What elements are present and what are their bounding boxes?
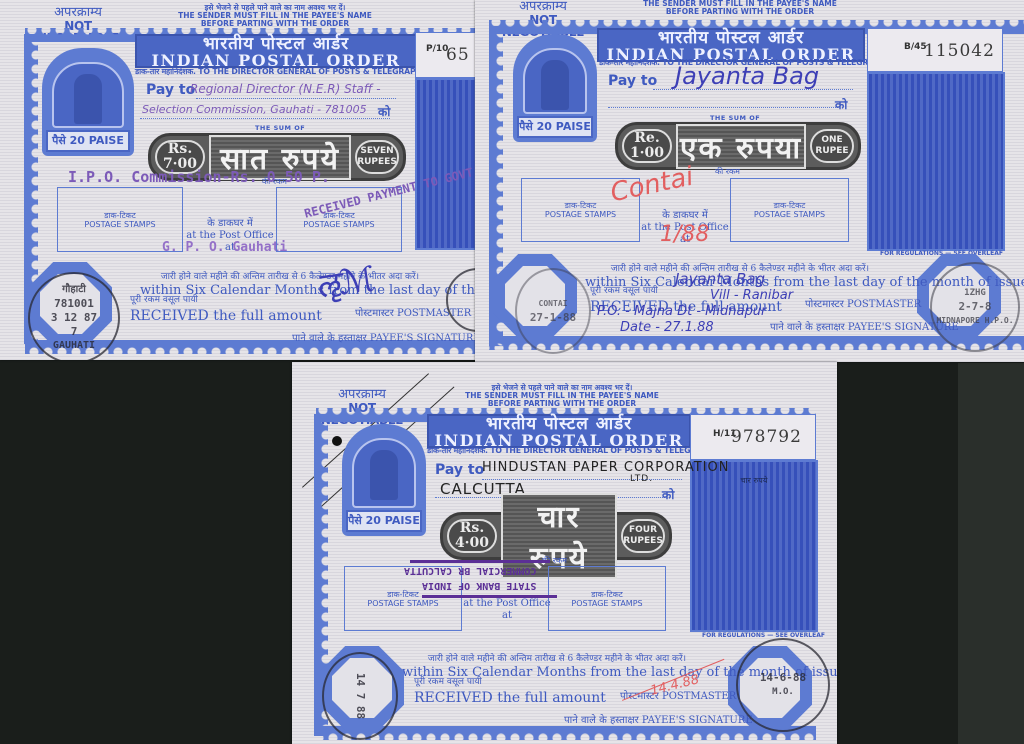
- lion-capital-icon: [370, 450, 398, 500]
- bank-stamp: STATE BANK OF INDIA: [422, 580, 536, 591]
- director-general-line: डाक-तार महानिदेशक. TO THE DIRECTOR GENER…: [135, 67, 430, 77]
- multilingual-panel-text: चार रुपये: [692, 474, 816, 487]
- payee-signature-label: पाने वाले के हस्ताक्षर PAYEE'S SIGNATURE: [292, 330, 475, 344]
- cancellation-postmark: गौहाटी 781001 3 12 87 7 GAUHATI: [28, 272, 120, 360]
- payee-handwriting: Regional Director (N.E.R) Staff -: [190, 82, 381, 96]
- post-office-stamp: G. P. O. Gauhati: [162, 240, 287, 255]
- stamp-value: पैसे 20 PAISE: [46, 130, 130, 152]
- amount: 4·00: [455, 535, 489, 551]
- signature: ॡℳ: [312, 254, 378, 308]
- receiver-address: Vill - Ranibar: [710, 288, 793, 303]
- serial-number: 978792: [731, 427, 802, 447]
- receiver-name: Jayanta Bag: [675, 270, 765, 288]
- security-panel: [415, 78, 475, 250]
- security-panel: [867, 72, 1005, 251]
- amount-words-english: SEVEN RUPEES: [355, 140, 399, 174]
- payee-signature-label: पाने वाले के हस्ताक्षर PAYEE'S SIGNATURE: [564, 712, 753, 726]
- serial-box: H/11 978792: [690, 414, 816, 460]
- security-panel: चार रुपये: [690, 460, 818, 632]
- cancellation-postmark: 14 7 88: [322, 652, 398, 740]
- payee-signature-label: पाने वाले के हस्ताक्षर PAYEE'S SIGNATURE: [770, 319, 959, 333]
- stamp-value: पैसे 20 PAISE: [517, 116, 593, 138]
- stamp-bar: [422, 595, 557, 598]
- denomination-band: Re.1·00 एक रुपया ONE RUPEE: [615, 122, 861, 170]
- cancellation-postmark: [446, 268, 475, 332]
- received-label: पूरी रकम वसूल पायी RECEIVED the full amo…: [414, 674, 606, 706]
- postage-stamps-box: डाक-टिकटPOSTAGE STAMPS: [730, 178, 849, 242]
- title-band: भारतीय पोस्टल आर्डर INDIAN POSTAL ORDER: [597, 28, 865, 62]
- title-band: भारतीय पोस्टल आर्डर INDIAN POSTAL ORDER: [427, 414, 691, 448]
- background-panel: [958, 363, 1024, 744]
- cancellation-postmark: CONTAI 27-1-88: [515, 268, 591, 354]
- serial-box: B/45 115042: [867, 28, 1003, 72]
- lion-capital-icon: [74, 74, 102, 124]
- payee-handwriting: HINDUSTAN PAPER CORPORATION: [482, 460, 729, 475]
- handwritten-date: 1/88: [660, 222, 709, 247]
- pay-to-label: Pay to: [435, 462, 484, 478]
- receiver-date: Date - 27.1.88: [620, 320, 714, 335]
- commission-stamp: I.P.O. Commission-Rs. 0 50 P.: [68, 168, 330, 186]
- serial-box: P/10 65: [415, 32, 475, 78]
- postal-order-one-rupee: अपरक्राम्य NOT NEGOTIABLE THE SENDER MUS…: [475, 0, 1024, 362]
- postage-stamps-box: डाक-टिकटPOSTAGE STAMPS: [548, 566, 666, 631]
- sender-instruction: THE SENDER MUST FILL IN THE PAYEE'S NAME…: [625, 0, 855, 16]
- sender-instruction: इसे भेजने से पहले पाने वाले का नाम अवश्य…: [160, 4, 390, 28]
- serial-number: 115042: [924, 41, 995, 61]
- denomination-band: Rs.4·00 चार रुपये FOUR RUPEES: [440, 512, 672, 560]
- postal-order-seven-rupees: अपरक्राम्य NOT NEGOTIABLE इसे भेजने से प…: [0, 0, 475, 360]
- stamp-bar: [410, 560, 550, 563]
- sender-instruction: इसे भेजने से पहले पाने वाले का नाम अवश्य…: [447, 384, 677, 408]
- cancellation-postmark: 1ZHG 2-7-8 MIDNAPORE H.P.O.: [930, 262, 1020, 352]
- title-band: भारतीय पोस्टल आर्डर INDIAN POSTAL ORDER: [135, 34, 417, 68]
- stamp-value: पैसे 20 PAISE: [346, 510, 422, 532]
- pay-to-label: Pay to: [608, 73, 657, 89]
- payee-handwriting: LTD.: [630, 474, 653, 484]
- postal-order-four-rupees: अपरक्राम्य NOT NEGOTIABLE इसे भेजने से प…: [292, 362, 837, 744]
- regulations-note: FOR REGULATIONS — SEE OVERLEAF: [702, 632, 825, 639]
- amount-words-hindi: एक रुपया: [676, 124, 806, 169]
- pay-to-label: Pay to: [146, 82, 195, 98]
- handwritten-office: Contai: [608, 162, 696, 209]
- receiver-address: P.O. - Majna Dt - Midnapur: [597, 304, 766, 319]
- border-scallop: [316, 726, 816, 740]
- received-label: पूरी रकम वसूल पायी RECEIVED the full amo…: [130, 292, 322, 324]
- bank-stamp: COMMERCIAL BR CALCUTTA: [404, 565, 536, 576]
- punch-hole: [332, 436, 342, 446]
- cancellation-postmark: 14-6-88 M.O.: [736, 638, 830, 732]
- amount: 1·00: [630, 145, 664, 161]
- amount-words-english: FOUR RUPEES: [621, 519, 665, 553]
- ashoka-emblem: पैसे 20 PAISE: [513, 34, 597, 142]
- director-general-line: डाक-तार महानिदेशक. TO THE DIRECTOR GENER…: [427, 446, 722, 456]
- amount-words-english: ONE RUPEE: [810, 129, 854, 163]
- lion-capital-icon: [541, 60, 569, 110]
- payee-handwriting: Jayanta Bag: [675, 62, 819, 90]
- payee-handwriting: Selection Commission, Gauhati - 781005: [142, 103, 367, 116]
- ashoka-emblem: पैसे 20 PAISE: [42, 48, 134, 156]
- post-office-label: at the Post Office at: [462, 598, 552, 622]
- ashoka-emblem: पैसे 20 PAISE: [342, 424, 426, 536]
- serial-number: 65: [446, 45, 470, 65]
- postmaster-label: पोस्टमास्टर POSTMASTER: [805, 296, 921, 310]
